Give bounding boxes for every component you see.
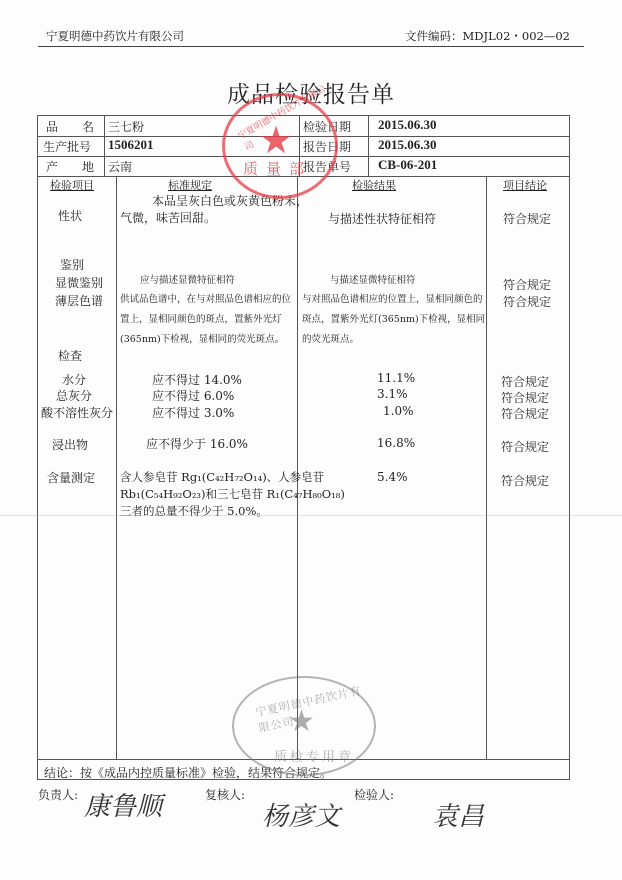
standard-tlc-3: (365nm)下检视，显相同的荧光斑点。 — [120, 329, 284, 350]
result-tlc-1: 与对照品色谱相应的位置上，显相同颜色的 — [302, 289, 483, 310]
document-code-value: MDJL02・002—02 — [463, 29, 570, 43]
conclusion-total-ash: 符合规定 — [501, 389, 549, 406]
result-tlc-3: 的荧光斑点。 — [302, 329, 359, 350]
col-divider — [104, 116, 105, 176]
standard-tlc-2: 置上，显相同颜色的斑点，置紫外光灯 — [120, 309, 282, 330]
conclusion-tlc: 符合规定 — [503, 293, 551, 310]
col-divider — [116, 176, 117, 759]
qc-stamp: 宁夏明德中药饮片有限公司 ★ 质检专用章 — [232, 676, 376, 776]
stamp-text: 质检专用章 — [274, 746, 354, 765]
responsible-label: 负责人: — [38, 786, 78, 803]
conclusion-extract: 符合规定 — [501, 438, 549, 455]
item-acid-insoluble-ash: 酸不溶性灰分 — [41, 404, 113, 421]
conclusion-microscopy: 符合规定 — [503, 276, 551, 293]
report-no-value: CB-06-201 — [378, 157, 437, 173]
product-name-label: 品 名 — [46, 118, 94, 135]
standard-appearance-2: 气微，味苦回甜。 — [120, 209, 216, 226]
result-acid-insoluble-ash: 1.0% — [383, 404, 414, 418]
group-check: 检查 — [58, 347, 82, 364]
star-icon: ★ — [288, 704, 315, 739]
col-header-item: 检验项目 — [50, 177, 94, 193]
standard-assay-3: 三者的总量不得少于 5.0%。 — [120, 503, 268, 519]
result-tlc-2: 斑点，置紫外光灯(365nm)下检视，显相同 — [302, 309, 485, 330]
origin-label: 产 地 — [46, 158, 94, 175]
scan-artifact-line — [0, 515, 622, 516]
result-microscopy: 与描述显微特征相符 — [330, 270, 416, 291]
item-tlc: 薄层色谱 — [55, 292, 103, 309]
batch-value: 1506201 — [108, 137, 154, 153]
conclusion-assay: 符合规定 — [501, 472, 549, 489]
reviewer-label: 复核人: — [205, 786, 245, 803]
standard-assay-2: Rb₁(C₅₄H₉₂O₂₃)和三七皂苷 R₁(C₄₇H₈₀O₁₈) — [120, 486, 345, 502]
standard-assay-1: 含人参皂苷 Rg₁(C₄₂H₇₂O₁₄)、人参皂苷 — [120, 469, 324, 485]
quality-dept-stamp: 宁夏明德中药饮片有限公司 ★ 质量部 — [222, 93, 338, 199]
standard-acid-insoluble-ash: 应不得过 3.0% — [152, 404, 234, 421]
result-appearance: 与描述性状特征相符 — [328, 210, 436, 227]
standard-tlc-1: 供试品色谱中，在与对照品色谱相应的位 — [120, 289, 291, 310]
company-name: 宁夏明德中药饮片有限公司 — [46, 28, 184, 44]
stamp-arc-text: 宁夏明德中药饮片有限公司 — [254, 680, 376, 736]
item-moisture: 水分 — [62, 371, 86, 388]
item-assay: 含量测定 — [47, 469, 95, 486]
report-date-value: 2015.06.30 — [378, 137, 437, 153]
result-assay: 5.4% — [377, 470, 408, 484]
item-appearance: 性状 — [58, 207, 82, 224]
batch-label: 生产批号 — [43, 138, 91, 155]
result-extract: 16.8% — [377, 436, 415, 450]
col-header-standard: 标准规定 — [168, 177, 212, 193]
result-total-ash: 3.1% — [377, 387, 408, 401]
item-extract: 浸出物 — [52, 436, 88, 453]
product-name-value: 三七粉 — [108, 118, 144, 135]
conclusion-appearance: 符合规定 — [503, 210, 551, 227]
item-microscopy: 显微鉴别 — [55, 274, 103, 291]
header-divider — [38, 46, 584, 47]
reviewer-signature: 杨彦文 — [262, 796, 340, 833]
standard-extract: 应不得少于 16.0% — [146, 435, 248, 452]
conclusion-acid-insoluble-ash: 符合规定 — [501, 405, 549, 422]
result-moisture: 11.1% — [377, 371, 415, 385]
col-divider — [486, 176, 487, 759]
item-total-ash: 总灰分 — [56, 387, 92, 404]
stamp-text: 质量部 — [243, 158, 312, 179]
standard-moisture: 应不得过 14.0% — [152, 371, 242, 388]
standard-microscopy: 应与描述显微特征相符 — [140, 270, 235, 291]
inspector-label: 检验人: — [354, 786, 394, 803]
document-code: 文件编码：MDJL02・002—02 — [405, 28, 570, 44]
col-header-result: 检验结果 — [352, 177, 396, 193]
origin-value: 云南 — [108, 158, 132, 175]
conclusion-moisture: 符合规定 — [501, 373, 549, 390]
group-identification: 鉴别 — [60, 256, 84, 273]
star-icon: ★ — [259, 118, 293, 162]
col-divider — [368, 116, 369, 176]
inspector-signature: 袁昌 — [432, 796, 484, 833]
document-code-label: 文件编码： — [405, 29, 463, 43]
standard-total-ash: 应不得过 6.0% — [152, 387, 234, 404]
responsible-signature: 康鲁顺 — [84, 786, 162, 823]
col-divider — [297, 176, 298, 759]
col-header-conclusion: 项目结论 — [503, 177, 547, 193]
inspect-date-value: 2015.06.30 — [378, 117, 437, 133]
